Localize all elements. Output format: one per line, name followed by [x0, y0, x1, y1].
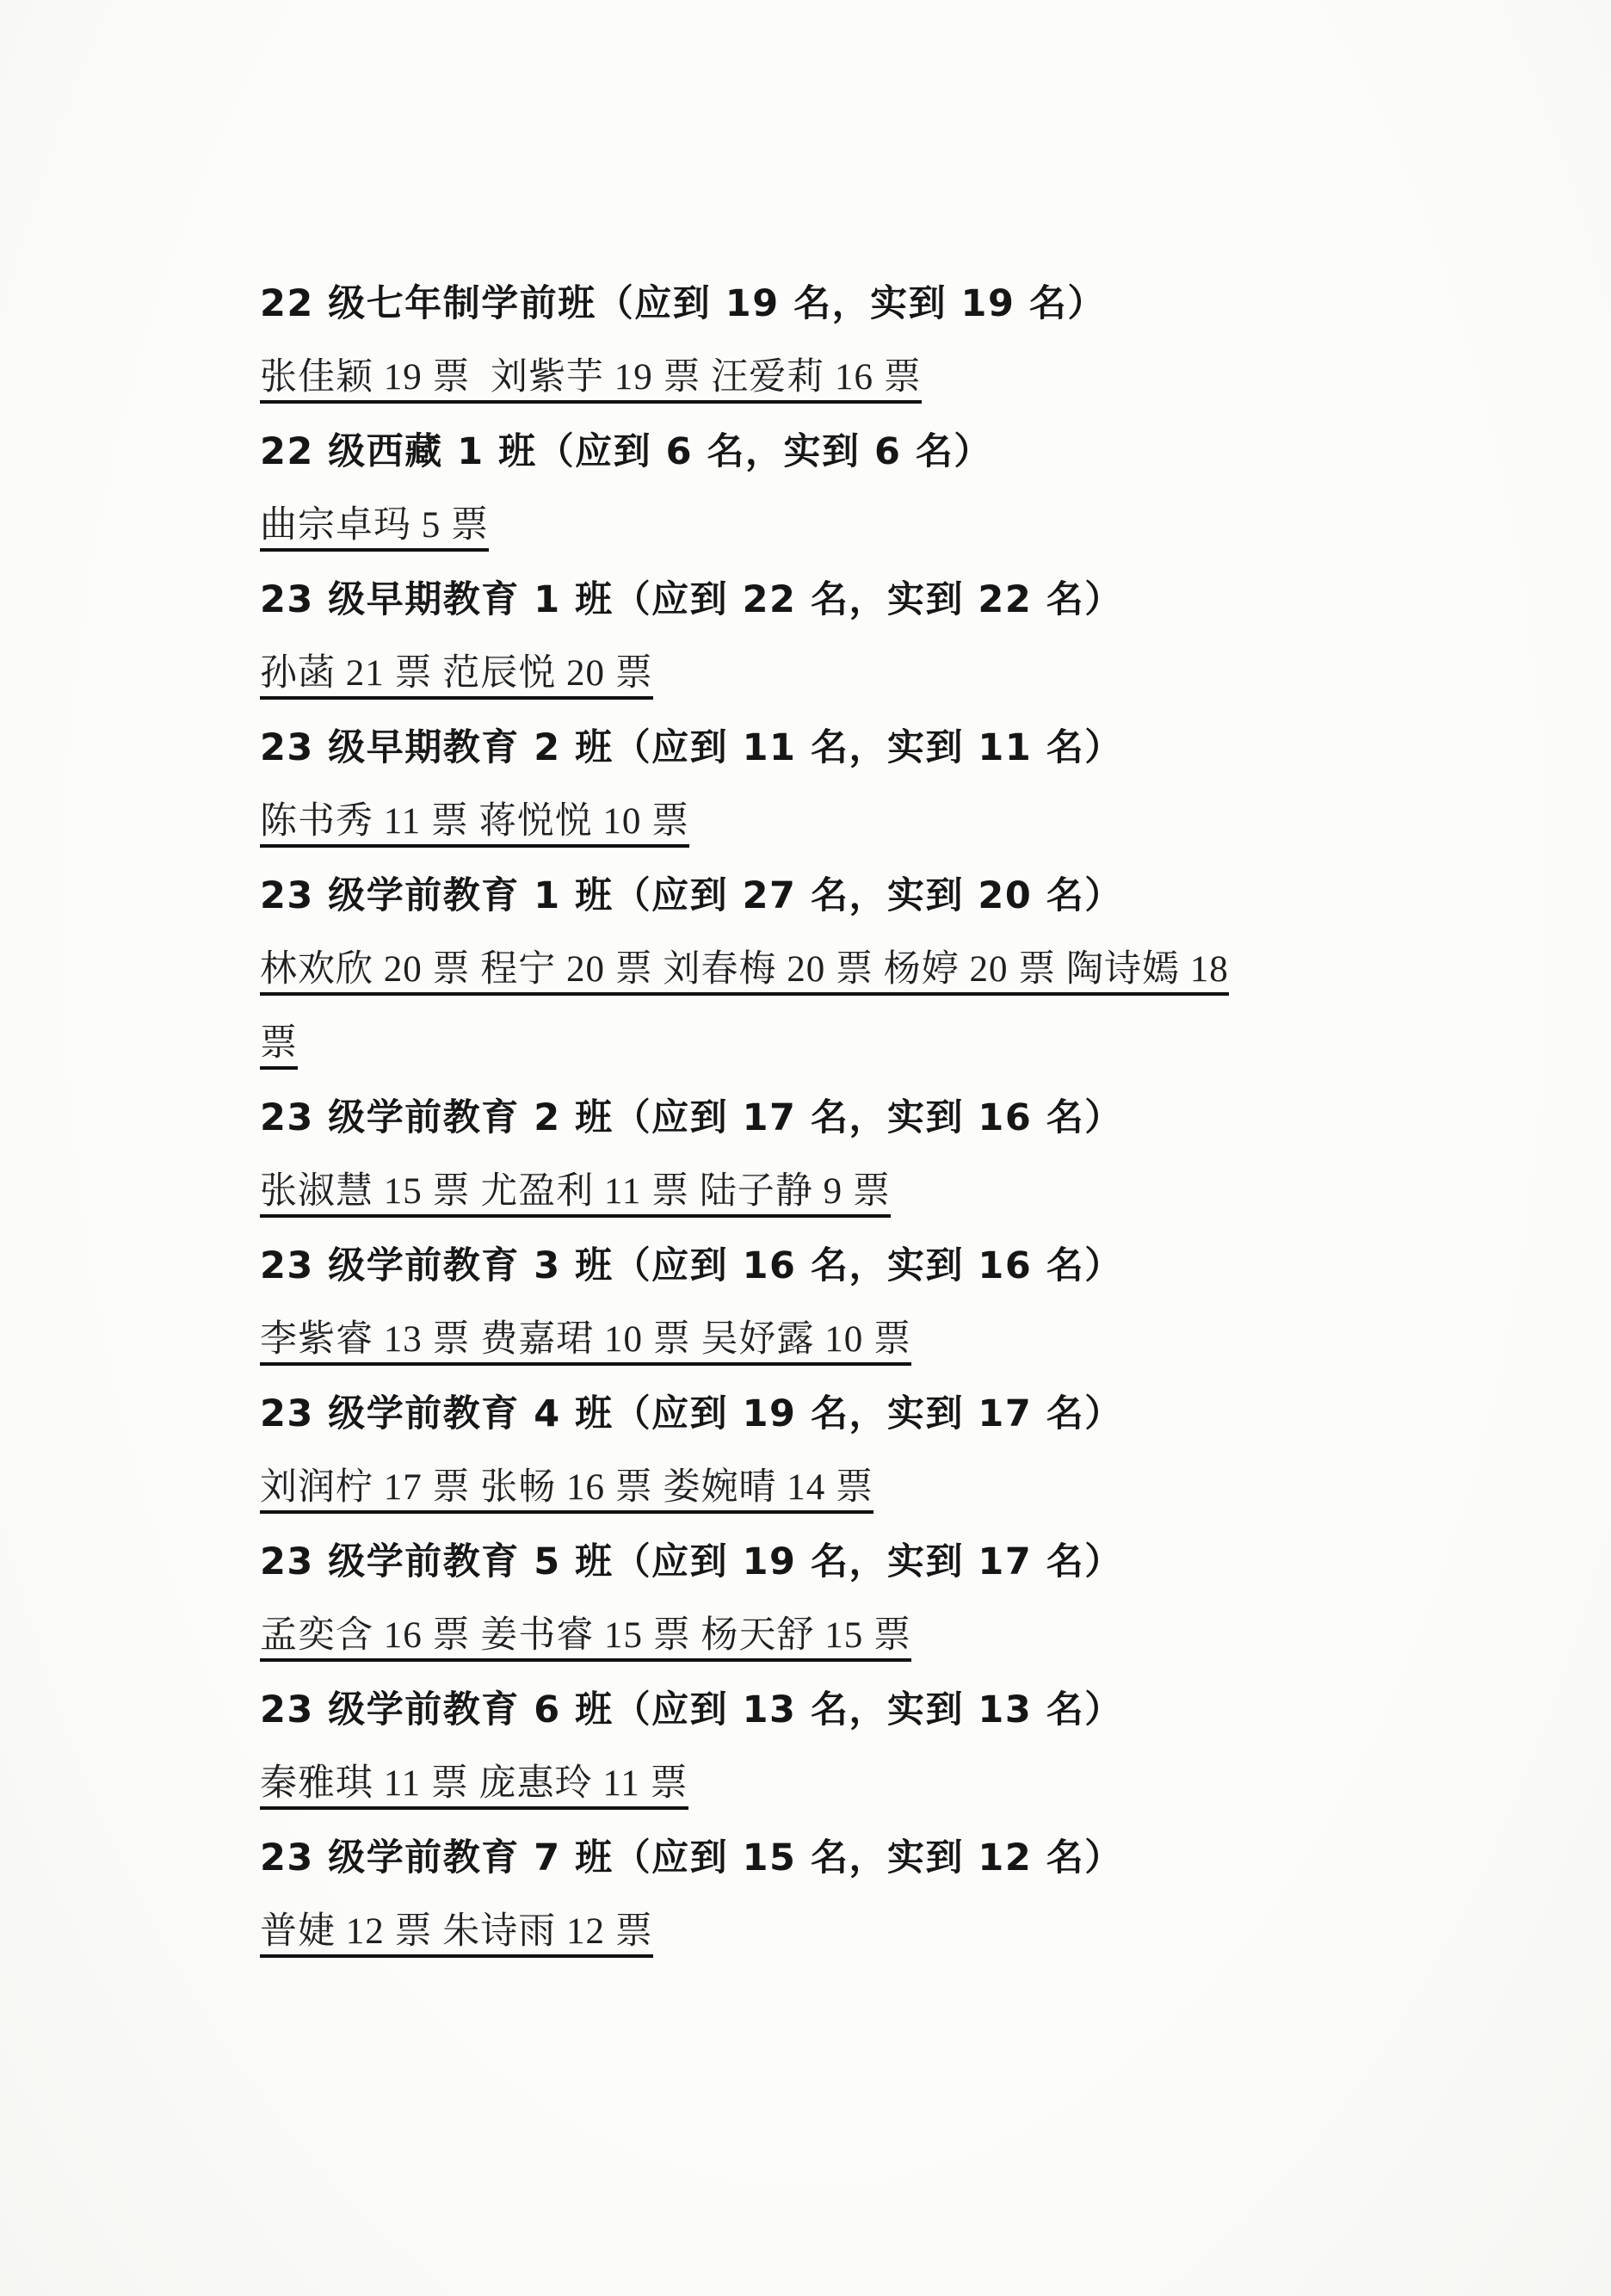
vote-results-line: 孟奕含 16 票 姜书睿 15 票 杨天舒 15 票	[260, 1599, 1353, 1673]
class-heading: 22 级七年制学前班（应到 19 名，实到 19 名）	[260, 267, 1353, 341]
vote-results-line: 秦雅琪 11 票 庞惠玲 11 票	[260, 1747, 1353, 1821]
vote-results-text: 普婕 12 票 朱诗雨 12 票	[260, 1911, 653, 1958]
class-result-section: 23 级学前教育 7 班（应到 15 名，实到 12 名）普婕 12 票 朱诗雨…	[260, 1821, 1353, 1969]
vote-results-text: 林欢欣 20 票 程宁 20 票 刘春梅 20 票 杨婷 20 票 陶诗嫣 18	[260, 949, 1229, 996]
vote-results-text: 刘润柠 17 票 张畅 16 票 娄婉晴 14 票	[260, 1467, 873, 1514]
vote-results-line: 陈书秀 11 票 蒋悦悦 10 票	[260, 785, 1353, 859]
vote-results-line: 孙菡 21 票 范辰悦 20 票	[260, 637, 1353, 711]
vote-results-line: 普婕 12 票 朱诗雨 12 票	[260, 1895, 1353, 1969]
class-heading: 23 级学前教育 5 班（应到 19 名，实到 17 名）	[260, 1525, 1353, 1599]
vote-results-text: 曲宗卓玛 5 票	[260, 505, 489, 552]
class-result-section: 23 级早期教育 1 班（应到 22 名，实到 22 名）孙菡 21 票 范辰悦…	[260, 563, 1353, 711]
vote-results-line: 票	[260, 1007, 1353, 1081]
vote-results-text: 张佳颖 19 票 刘紫芋 19 票 汪爱莉 16 票	[260, 357, 922, 404]
class-heading: 23 级学前教育 6 班（应到 13 名，实到 13 名）	[260, 1673, 1353, 1747]
class-heading: 23 级早期教育 2 班（应到 11 名，实到 11 名）	[260, 711, 1353, 785]
vote-results-line: 刘润柠 17 票 张畅 16 票 娄婉晴 14 票	[260, 1451, 1353, 1525]
vote-results-line: 李紫睿 13 票 费嘉珺 10 票 吴妤露 10 票	[260, 1303, 1353, 1377]
class-heading: 23 级学前教育 2 班（应到 17 名，实到 16 名）	[260, 1081, 1353, 1155]
class-result-section: 23 级学前教育 6 班（应到 13 名，实到 13 名）秦雅琪 11 票 庞惠…	[260, 1673, 1353, 1821]
class-heading: 23 级学前教育 3 班（应到 16 名，实到 16 名）	[260, 1229, 1353, 1303]
vote-results-list: 22 级七年制学前班（应到 19 名，实到 19 名）张佳颖 19 票 刘紫芋 …	[260, 267, 1353, 1969]
class-heading: 23 级学前教育 1 班（应到 27 名，实到 20 名）	[260, 859, 1353, 933]
vote-results-text: 陈书秀 11 票 蒋悦悦 10 票	[260, 801, 689, 848]
vote-results-line: 林欢欣 20 票 程宁 20 票 刘春梅 20 票 杨婷 20 票 陶诗嫣 18	[260, 933, 1353, 1007]
vote-results-text: 张淑慧 15 票 尤盈利 11 票 陆子静 9 票	[260, 1171, 891, 1218]
vote-results-line: 张淑慧 15 票 尤盈利 11 票 陆子静 9 票	[260, 1155, 1353, 1229]
class-result-section: 22 级七年制学前班（应到 19 名，实到 19 名）张佳颖 19 票 刘紫芋 …	[260, 267, 1353, 415]
class-heading: 22 级西藏 1 班（应到 6 名，实到 6 名）	[260, 415, 1353, 489]
vote-results-line: 张佳颖 19 票 刘紫芋 19 票 汪爱莉 16 票	[260, 341, 1353, 415]
class-result-section: 23 级学前教育 5 班（应到 19 名，实到 17 名）孟奕含 16 票 姜书…	[260, 1525, 1353, 1673]
class-heading: 23 级早期教育 1 班（应到 22 名，实到 22 名）	[260, 563, 1353, 637]
class-result-section: 23 级学前教育 2 班（应到 17 名，实到 16 名）张淑慧 15 票 尤盈…	[260, 1081, 1353, 1229]
vote-results-text: 孙菡 21 票 范辰悦 20 票	[260, 653, 653, 700]
vote-results-text: 票	[260, 1023, 298, 1070]
class-result-section: 23 级早期教育 2 班（应到 11 名，实到 11 名）陈书秀 11 票 蒋悦…	[260, 711, 1353, 859]
vote-results-text: 孟奕含 16 票 姜书睿 15 票 杨天舒 15 票	[260, 1615, 911, 1662]
class-heading: 23 级学前教育 4 班（应到 19 名，实到 17 名）	[260, 1377, 1353, 1451]
class-result-section: 23 级学前教育 3 班（应到 16 名，实到 16 名）李紫睿 13 票 费嘉…	[260, 1229, 1353, 1377]
vote-results-text: 秦雅琪 11 票 庞惠玲 11 票	[260, 1763, 688, 1810]
document-page: 22 级七年制学前班（应到 19 名，实到 19 名）张佳颖 19 票 刘紫芋 …	[0, 0, 1611, 2296]
vote-results-line: 曲宗卓玛 5 票	[260, 489, 1353, 563]
class-heading: 23 级学前教育 7 班（应到 15 名，实到 12 名）	[260, 1821, 1353, 1895]
class-result-section: 22 级西藏 1 班（应到 6 名，实到 6 名）曲宗卓玛 5 票	[260, 415, 1353, 563]
class-result-section: 23 级学前教育 4 班（应到 19 名，实到 17 名）刘润柠 17 票 张畅…	[260, 1377, 1353, 1525]
vote-results-text: 李紫睿 13 票 费嘉珺 10 票 吴妤露 10 票	[260, 1319, 911, 1366]
class-result-section: 23 级学前教育 1 班（应到 27 名，实到 20 名）林欢欣 20 票 程宁…	[260, 859, 1353, 1081]
